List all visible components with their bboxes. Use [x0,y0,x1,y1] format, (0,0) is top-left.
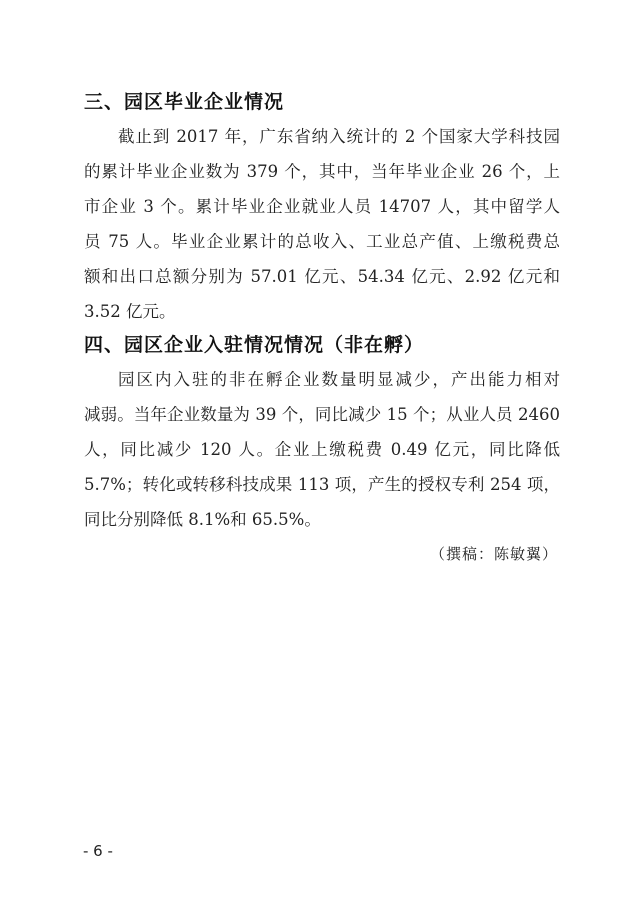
paragraph-line: 减弱。当年企业数量为 39 个，同比减少 15 个；从业人员 2460 [84,401,560,425]
paragraph-line: 截止到 2017 年，广东省纳入统计的 2 个国家大学科技园 [118,123,560,147]
author-signature: （撰稿：陈敏翼） [430,543,558,564]
paragraph-line: 园区内入驻的非在孵企业数量明显减少，产出能力相对 [118,366,560,390]
page-number: - 6 - [83,842,113,860]
section-heading-resident-enterprises: 四、园区企业入驻情况情况（非在孵） [84,330,424,357]
document-page: 三、园区毕业企业情况 截止到 2017 年，广东省纳入统计的 2 个国家大学科技… [0,0,640,905]
paragraph-line: 5.7%；转化或转移科技成果 113 项，产生的授权专利 254 项， [84,471,560,495]
paragraph-line: 同比分别降低 8.1%和 65.5%。 [84,506,560,530]
paragraph-line: 的累计毕业企业数为 379 个，其中，当年毕业企业 26 个，上 [84,158,560,182]
paragraph-line: 市企业 3 个。累计毕业企业就业人员 14707 人，其中留学人 [84,193,560,217]
section-heading-graduated-enterprises: 三、园区毕业企业情况 [84,87,284,114]
paragraph-line: 3.52 亿元。 [84,298,560,322]
paragraph-line: 员 75 人。毕业企业累计的总收入、工业总产值、上缴税费总 [84,228,560,252]
paragraph-line: 人，同比减少 120 人。企业上缴税费 0.49 亿元，同比降低 [84,436,560,460]
paragraph-line: 额和出口总额分别为 57.01 亿元、54.34 亿元、2.92 亿元和 [84,263,560,287]
